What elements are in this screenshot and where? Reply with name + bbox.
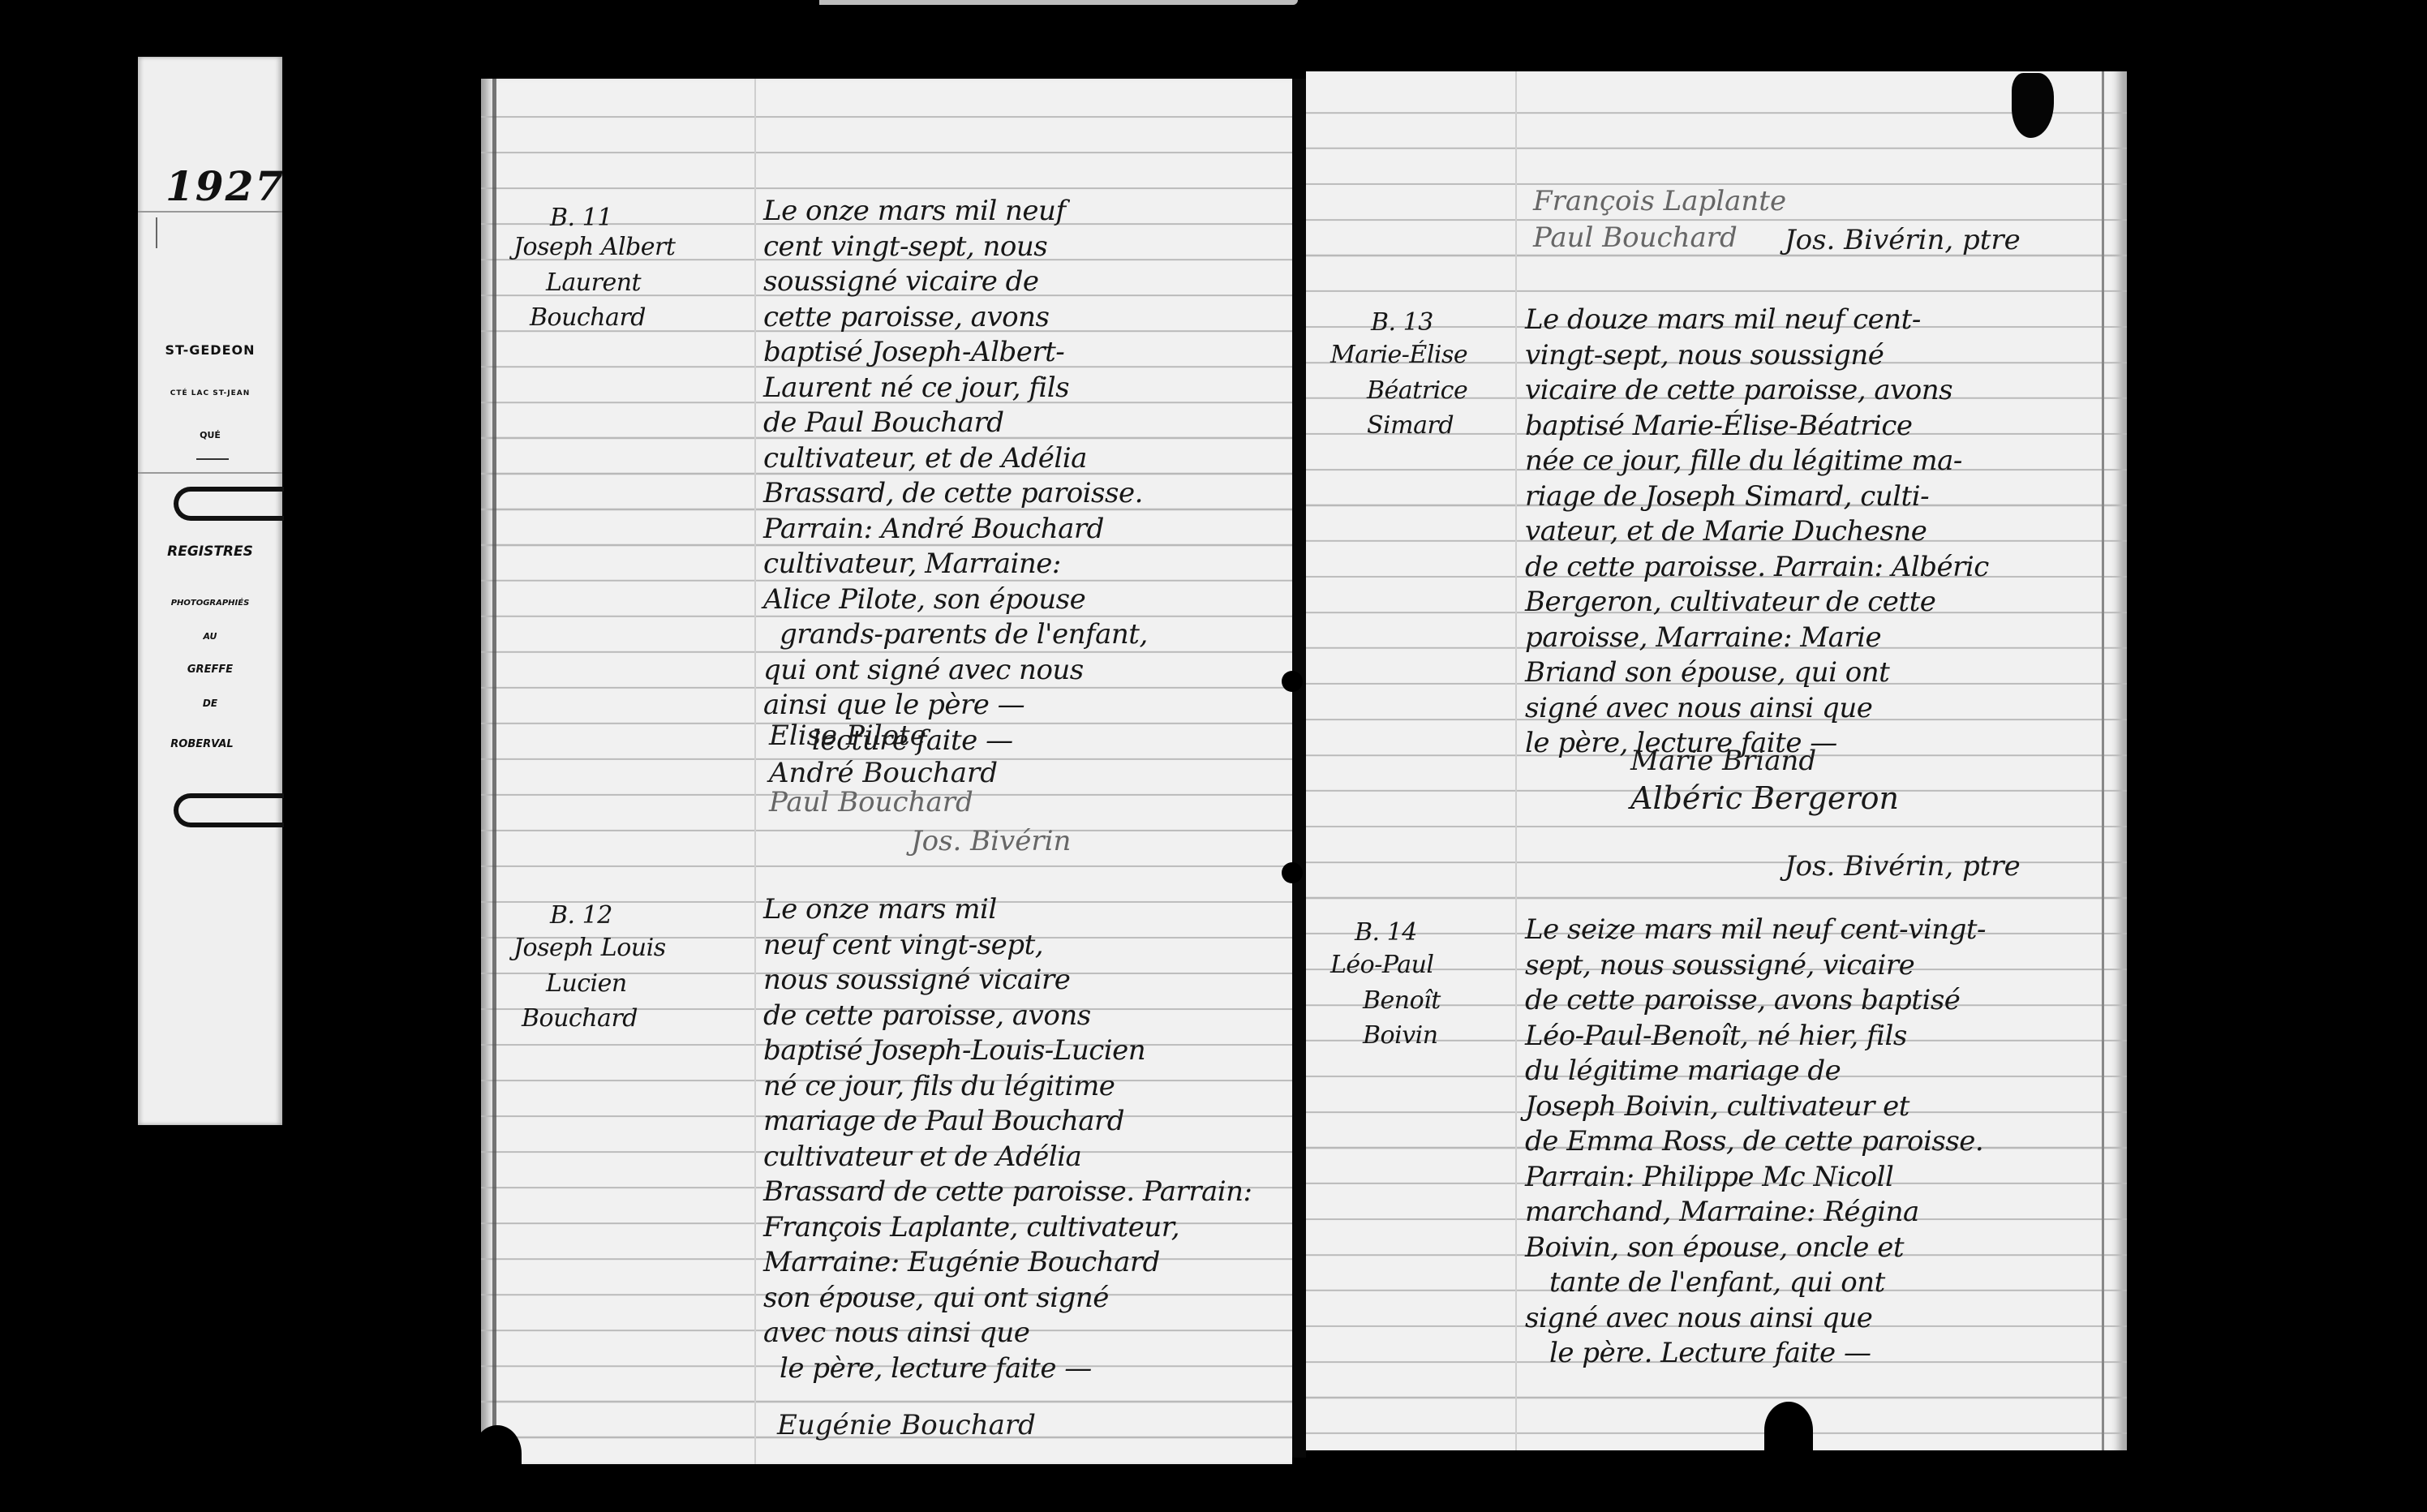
signature: Elise Pilote: [769, 719, 926, 752]
binding-hole: [1282, 862, 1303, 883]
paper-clip-icon: [174, 793, 284, 827]
margin-name: Marie-Élise Béatrice Simard: [1330, 337, 1467, 444]
signature: Eugénie Bouchard: [777, 1409, 1036, 1441]
divider: [138, 472, 282, 474]
binding-edge: [492, 79, 496, 1464]
entry-text: Le onze mars mil neuf cent vingt-sept, n…: [763, 892, 1252, 1386]
left-register-page: B. 11 Joseph Albert Laurent Bouchard Le …: [481, 79, 1292, 1464]
margin-name: Joseph Louis Lucien Bouchard: [513, 930, 666, 1037]
signature: Marie Briand: [1630, 745, 1816, 777]
signature: Paul Bouchard: [1533, 221, 1738, 254]
registry-label-line: AU: [138, 631, 282, 642]
margin-column-line: [754, 79, 756, 1464]
registry-label-line: DE: [138, 698, 282, 709]
province-label: QUÉ: [138, 430, 282, 440]
tick-mark: [156, 217, 157, 248]
right-register-page: François Laplante Paul Bouchard Jos. Biv…: [1306, 71, 2127, 1450]
entry-number: B. 12: [550, 898, 612, 934]
signature: André Bouchard: [769, 757, 998, 789]
parish-label: ST-GEDEON: [138, 342, 282, 358]
entry-text: Le douze mars mil neuf cent- vingt-sept,…: [1525, 303, 1989, 762]
registry-label-line: PHOTOGRAPHIÉS: [138, 599, 282, 608]
margin-name: Joseph Albert Laurent Bouchard: [513, 230, 675, 336]
spine-label-strip: 1927 ST-GEDEON CTÉ LAC ST-JEAN QUÉ REGIS…: [138, 57, 282, 1125]
entry-text: Le onze mars mil neuf cent vingt-sept, n…: [763, 194, 1148, 758]
margin-column-line: [1515, 71, 1517, 1450]
divider: [196, 458, 229, 460]
signature: Jos. Bivérin: [911, 825, 1071, 857]
margin-name: Léo-Paul Benoît Boivin: [1330, 947, 1441, 1054]
page-edge: [2102, 71, 2104, 1450]
registry-label-line: REGISTRES: [138, 543, 282, 560]
paper-clip-icon: [174, 487, 284, 521]
year-label: 1927: [165, 162, 285, 210]
binding-hole: [1282, 671, 1303, 692]
registry-label-line: GREFFE: [138, 664, 282, 676]
signature: Albéric Bergeron: [1630, 780, 1899, 816]
registry-label-line: ROBERVAL: [122, 738, 282, 750]
signature: Paul Bouchard: [769, 786, 973, 818]
signature: Jos. Bivérin, ptre: [1785, 224, 2021, 256]
divider: [138, 211, 282, 213]
signature: François Laplante: [1533, 185, 1786, 217]
entry-number: B. 13: [1371, 305, 1433, 341]
adjacent-page-edge: [819, 0, 1298, 5]
entry-number: B. 14: [1355, 915, 1417, 951]
signature: Jos. Bivérin, ptre: [1785, 850, 2021, 883]
entry-text: Le seize mars mil neuf cent-vingt- sept,…: [1525, 913, 1986, 1372]
county-label: CTÉ LAC ST-JEAN: [138, 389, 282, 397]
book-gutter: [1292, 79, 1306, 1458]
